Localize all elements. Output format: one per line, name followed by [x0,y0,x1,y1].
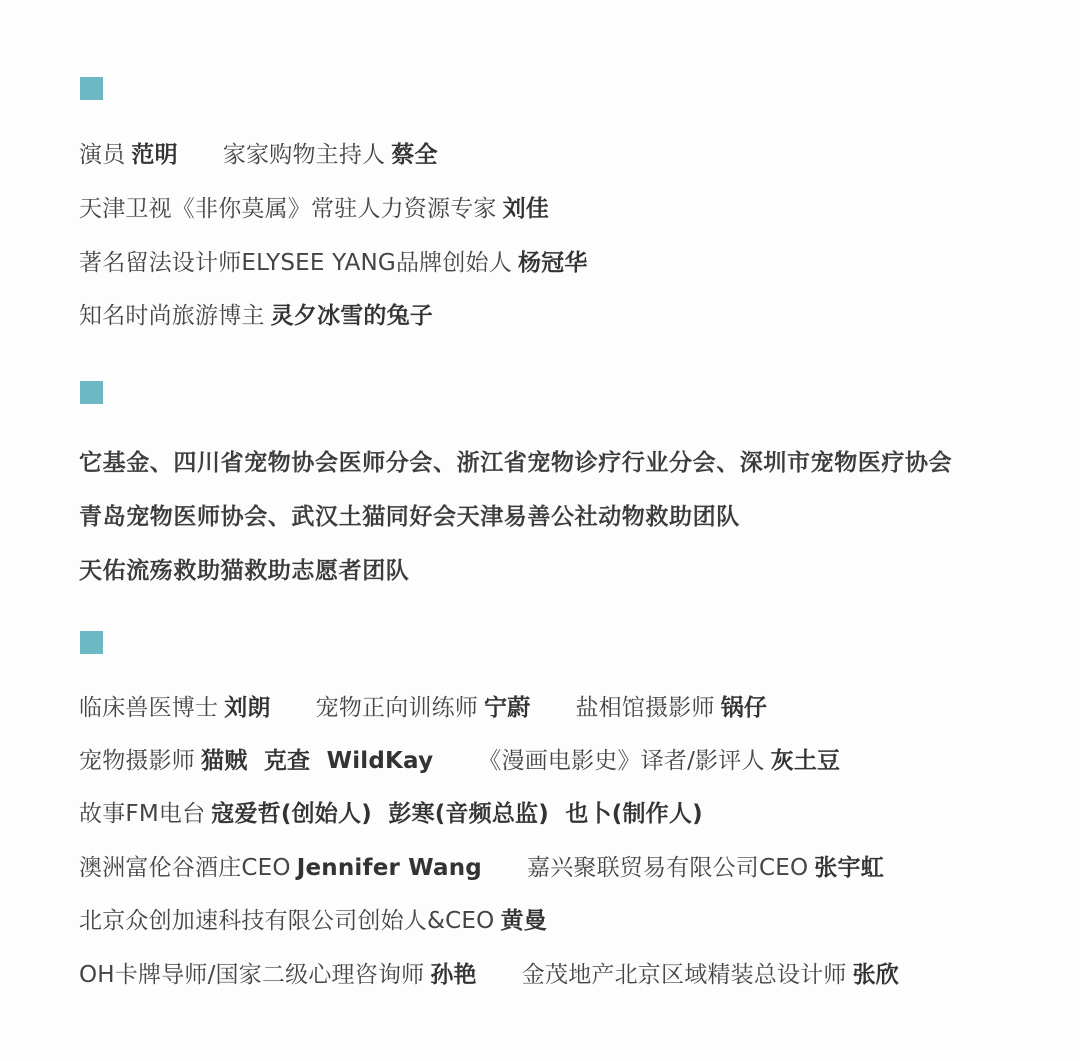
guest-name: 张宇虹 [814,855,884,881]
guest-line: OH卡牌导师/国家二级心理咨询师孙艳 金茂地产北京区域精装总设计师张欣 [79,959,899,991]
guest-title: 临床兽医博士 [79,695,218,721]
section-marker-icon [80,381,103,404]
guest-name: Jennifer Wang [297,855,482,881]
guest-name: 宁蔚 [484,695,530,721]
guest-title: 天津卫视《非你莫属》常驻人力资源专家 [79,196,497,222]
guest-name: 刘朗 [224,695,270,721]
guest-title: 知名时尚旅游博主 [79,303,265,329]
guest-title: 著名留法设计师ELYSEE YANG品牌创始人 [79,250,512,276]
guest-line: 知名时尚旅游博主灵夕冰雪的兔子 [79,300,433,332]
guest-name: 张欣 [853,962,899,988]
section-marker-icon [80,77,103,100]
guest-name: 黄曼 [500,908,546,934]
guest-name: 猫贼 克查 WildKay [201,748,433,774]
organization-line: 它基金、四川省宠物协会医师分会、浙江省宠物诊疗行业分会、深圳市宠物医疗协会 [79,447,952,479]
guest-name: 灰土豆 [771,748,841,774]
guest-title: OH卡牌导师/国家二级心理咨询师 [79,962,424,988]
section-marker-icon [80,631,103,654]
guest-name: 蔡全 [391,142,437,168]
organization-line: 天佑流殇救助猫救助志愿者团队 [79,555,409,587]
guest-title: 澳洲富伦谷酒庄CEO [79,855,291,881]
guest-line: 著名留法设计师ELYSEE YANG品牌创始人杨冠华 [79,247,588,279]
guest-name: 范明 [131,142,177,168]
guest-line: 演员范明 家家购物主持人蔡全 [79,139,438,171]
guest-title: 家家购物主持人 [223,142,385,168]
guest-name: 寇爱哲(创始人) 彭寒(音频总监) 也卜(制作人) [211,801,703,827]
organization-line: 青岛宠物医师协会、武汉土猫同好会天津易善公社动物救助团队 [79,501,740,533]
guest-line: 北京众创加速科技有限公司创始人&CEO黄曼 [79,905,547,937]
guest-line: 天津卫视《非你莫属》常驻人力资源专家刘佳 [79,193,549,225]
guest-title: 宠物正向训练师 [316,695,478,721]
guest-title: 《漫画电影史》译者/影评人 [478,748,764,774]
guest-title: 金茂地产北京区域精装总设计师 [522,962,847,988]
guest-title: 北京众创加速科技有限公司创始人&CEO [79,908,494,934]
guest-name: 杨冠华 [518,250,588,276]
guest-line: 澳洲富伦谷酒庄CEOJennifer Wang 嘉兴聚联贸易有限公司CEO张宇虹 [79,852,884,884]
guest-line: 故事FM电台寇爱哲(创始人) 彭寒(音频总监) 也卜(制作人) [79,798,703,830]
guest-title: 嘉兴聚联贸易有限公司CEO [527,855,808,881]
guest-name: 刘佳 [503,196,549,222]
guest-title: 演员 [79,142,125,168]
guest-title: 宠物摄影师 [79,748,195,774]
guest-list-page: 演员范明 家家购物主持人蔡全 天津卫视《非你莫属》常驻人力资源专家刘佳 著名留法… [0,0,1080,1061]
guest-line: 临床兽医博士刘朗 宠物正向训练师宁蔚 盐相馆摄影师锅仔 [79,692,767,724]
guest-line: 宠物摄影师猫贼 克查 WildKay 《漫画电影史》译者/影评人灰土豆 [79,745,840,777]
guest-name: 孙艳 [430,962,476,988]
guest-name: 锅仔 [721,695,767,721]
guest-title: 故事FM电台 [79,801,205,827]
guest-name: 灵夕冰雪的兔子 [271,303,433,329]
guest-title: 盐相馆摄影师 [575,695,714,721]
